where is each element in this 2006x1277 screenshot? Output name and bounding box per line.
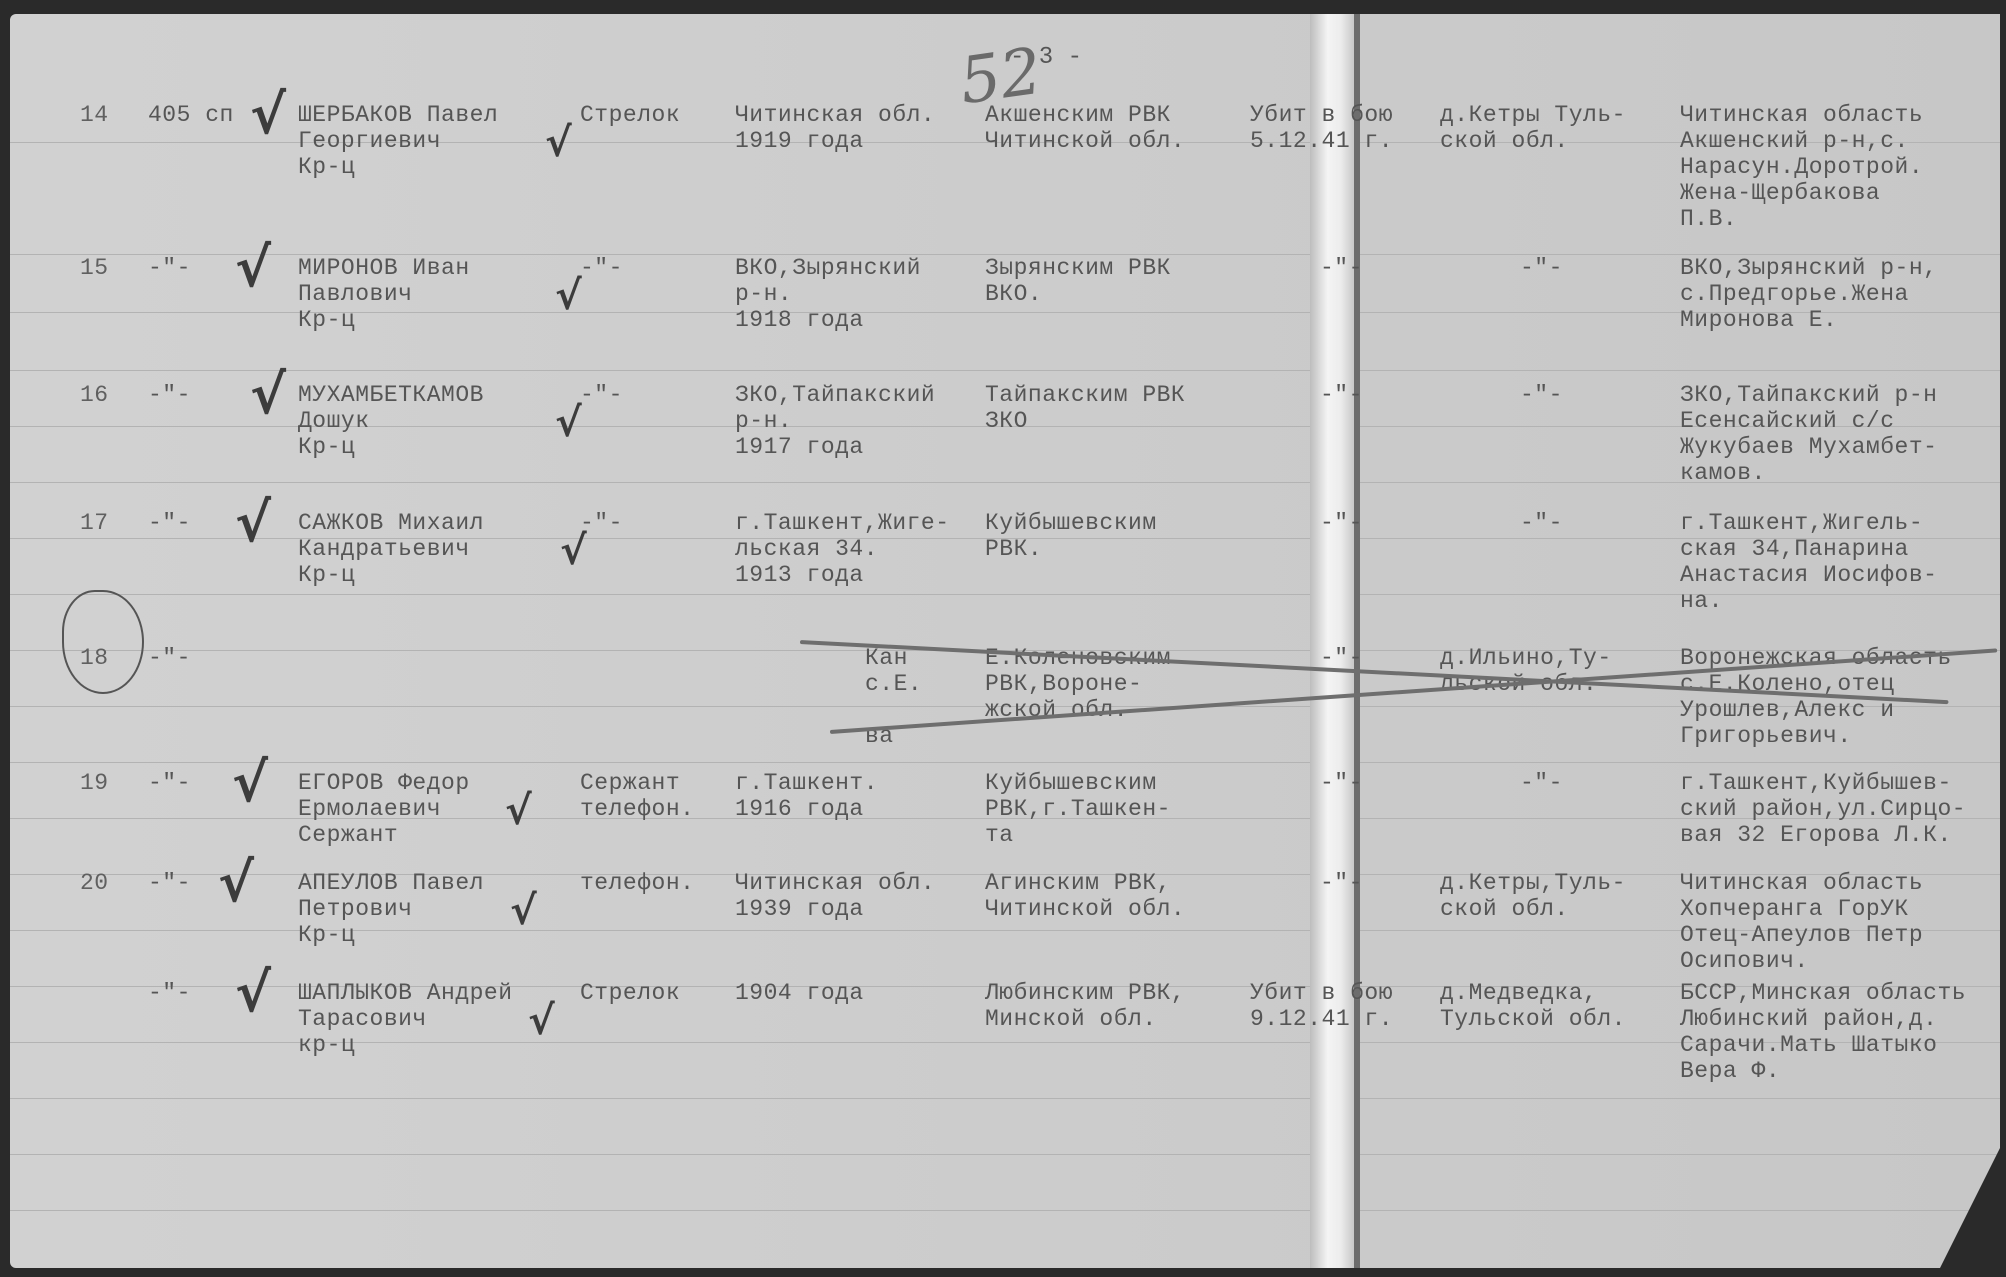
name-cell: МИРОНОВ Иван (298, 255, 470, 281)
birth-cell: ЗКО,Тайпакский (735, 382, 935, 408)
name-cell: Кр-ц (298, 434, 355, 460)
name-cell: ЕГОРОВ Федор (298, 770, 470, 796)
draft-office-cell: РВК. (985, 536, 1042, 562)
family-address-cell: ская 34,Панарина (1680, 536, 1909, 562)
handwritten-circle-mark (62, 590, 144, 694)
family-address-cell: Урошлев,Алекс и (1680, 697, 1895, 723)
unit-cell: -"- (148, 870, 191, 896)
check-mark-icon: √ (235, 241, 271, 295)
check-mark-icon: √ (218, 856, 254, 910)
family-address-cell: Жукубаев Мухамбет- (1680, 434, 1937, 460)
name-cell: кр-ц (298, 1032, 355, 1058)
unit-cell: -"- (148, 980, 191, 1006)
burial-cell: д.Ильино,Ту- (1440, 645, 1612, 671)
unit-cell: -"- (148, 255, 191, 281)
family-address-cell: Осипович. (1680, 948, 1809, 974)
birth-cell: 1916 года (735, 796, 864, 822)
family-address-cell: г.Ташкент,Жигель- (1680, 510, 1923, 536)
unit-cell: -"- (148, 382, 191, 408)
position-cell: Стрелок (580, 980, 680, 1006)
name-cell: Кандратьевич (298, 536, 470, 562)
name-cell: Тарасович (298, 1006, 427, 1032)
ruled-line (10, 370, 2000, 371)
birth-cell: 1939 года (735, 896, 864, 922)
ruled-line (10, 1210, 2000, 1211)
position-cell: Сержант (580, 770, 680, 796)
birth-cell: р-н. (735, 281, 792, 307)
name-cell: ШЕРБАКОВ Павел (298, 102, 498, 128)
check-mark-icon: √ (510, 884, 537, 938)
family-address-cell: на. (1680, 588, 1723, 614)
name-cell: АПЕУЛОВ Павел (298, 870, 484, 896)
ruled-line (10, 1098, 2000, 1099)
unit-cell: 405 сп (148, 102, 234, 128)
name-cell: Георгиевич (298, 128, 441, 154)
draft-office-cell: Куйбышевским (985, 510, 1157, 536)
family-address-cell: Любинский район,д. (1680, 1006, 1937, 1032)
family-address-cell: Хопчеранга ГорУК (1680, 896, 1909, 922)
check-mark-icon: √ (528, 994, 555, 1048)
burial-cell: -"- (1520, 770, 1563, 796)
check-mark-icon: √ (250, 88, 286, 142)
name-cell: Кр-ц (298, 154, 355, 180)
position-cell: -"- (580, 255, 623, 281)
family-address-cell: Сарачи.Мать Шатыко (1680, 1032, 1937, 1058)
draft-office-cell: Зырянским РВК (985, 255, 1171, 281)
draft-office-cell: Читинской обл. (985, 896, 1185, 922)
birth-cell: р-н. (735, 408, 792, 434)
check-mark-icon: √ (505, 784, 532, 838)
family-address-cell: ЗКО,Тайпакский р-н (1680, 382, 1937, 408)
birth-cell: 1904 года (735, 980, 864, 1006)
family-address-cell: ВКО,Зырянский р-н, (1680, 255, 1937, 281)
draft-office-cell: Тайпакским РВК (985, 382, 1185, 408)
burial-cell: ской обл. (1440, 896, 1569, 922)
birth-cell: г.Ташкент,Жиге- (735, 510, 950, 536)
row-number: 18 (80, 645, 109, 671)
page-fold-shadow (1354, 14, 1360, 1268)
check-mark-icon: √ (555, 396, 582, 450)
draft-office-cell: Минской обл. (985, 1006, 1157, 1032)
draft-office-cell: Куйбышевским (985, 770, 1157, 796)
burial-cell: Тульской обл. (1440, 1006, 1626, 1032)
burial-cell: д.Кетры Туль- (1440, 102, 1626, 128)
birth-cell: 1919 года (735, 128, 864, 154)
family-address-cell: Отец-Апеулов Петр (1680, 922, 1923, 948)
name-cell: Кр-ц (298, 562, 355, 588)
fate-cell: Убит в бою (1250, 102, 1393, 128)
birth-cell: г.Ташкент. (735, 770, 878, 796)
fate-cell: 9.12.41 г. (1250, 1006, 1393, 1032)
check-mark-icon: √ (555, 269, 582, 323)
folded-corner (1940, 1148, 2000, 1268)
burial-cell: д.Медведка, (1440, 980, 1597, 1006)
check-mark-icon: √ (545, 116, 572, 170)
fate-cell: -"- (1320, 510, 1363, 536)
name-cell: Кр-ц (298, 922, 355, 948)
check-mark-icon: √ (560, 524, 587, 578)
name-cell: Ермолаевич (298, 796, 441, 822)
fate-cell: 5.12.41 г. (1250, 128, 1393, 154)
draft-office-cell: ВКО. (985, 281, 1042, 307)
row-number: 15 (80, 255, 109, 281)
family-address-cell: Вера Ф. (1680, 1058, 1780, 1084)
birth-cell: Читинская обл. (735, 102, 935, 128)
birth-cell: 1913 года (735, 562, 864, 588)
burial-cell: ской обл. (1440, 128, 1569, 154)
family-address-cell: Есенсайский с/с (1680, 408, 1895, 434)
family-address-cell: г.Ташкент,Куйбышев- (1680, 770, 1952, 796)
name-cell: САЖКОВ Михаил (298, 510, 484, 536)
draft-office-cell: РВК,Вороне- (985, 671, 1142, 697)
row-number: 17 (80, 510, 109, 536)
draft-office-cell: Любинским РВК, (985, 980, 1185, 1006)
fate-cell: -"- (1320, 770, 1363, 796)
family-address-cell: Акшенский р-н,с. (1680, 128, 1909, 154)
check-mark-icon: √ (250, 368, 286, 422)
name-cell: Дошук (298, 408, 370, 434)
family-address-cell: камов. (1680, 460, 1766, 486)
row-number: 20 (80, 870, 109, 896)
draft-office-cell: ЗКО (985, 408, 1028, 434)
family-address-cell: Жена-Щербакова (1680, 180, 1880, 206)
draft-office-cell: та (985, 822, 1014, 848)
position-cell: -"- (580, 382, 623, 408)
birth-cell: с.Е. (865, 671, 922, 697)
family-address-cell: вая 32 Егорова Л.К. (1680, 822, 1952, 848)
birth-cell: льская 34. (735, 536, 878, 562)
fate-cell: Убит в бою (1250, 980, 1393, 1006)
unit-cell: -"- (148, 510, 191, 536)
family-address-cell: БССР,Минская область (1680, 980, 1966, 1006)
family-address-cell: Анастасия Иосифов- (1680, 562, 1937, 588)
family-address-cell: ский район,ул.Сирцо- (1680, 796, 1966, 822)
fate-cell: -"- (1320, 870, 1363, 896)
name-cell: Павлович (298, 281, 412, 307)
burial-cell: -"- (1520, 510, 1563, 536)
draft-office-cell: Акшенским РВК (985, 102, 1171, 128)
check-mark-icon: √ (235, 496, 271, 550)
ruled-line (10, 762, 2000, 763)
name-cell: МУХАМБЕТКАМОВ (298, 382, 484, 408)
family-address-cell: Читинская область (1680, 870, 1923, 896)
birth-cell: 1917 года (735, 434, 864, 460)
family-address-cell: Григорьевич. (1680, 723, 1852, 749)
name-cell: Кр-ц (298, 307, 355, 333)
row-number: 16 (80, 382, 109, 408)
unit-cell: -"- (148, 645, 191, 671)
birth-cell: Читинская обл. (735, 870, 935, 896)
position-cell: телефон. (580, 796, 694, 822)
family-address-cell: П.В. (1680, 206, 1737, 232)
draft-office-cell: РВК,г.Ташкен- (985, 796, 1171, 822)
fate-cell: -"- (1320, 382, 1363, 408)
burial-cell: -"- (1520, 255, 1563, 281)
name-cell: Петрович (298, 896, 412, 922)
family-address-cell: с.Предгорье.Жена (1680, 281, 1909, 307)
birth-cell: ВКО,Зырянский (735, 255, 921, 281)
check-mark-icon: √ (235, 966, 271, 1020)
name-cell: ШАПЛЫКОВ Андрей (298, 980, 513, 1006)
burial-cell: д.Кетры,Туль- (1440, 870, 1626, 896)
row-number: 19 (80, 770, 109, 796)
fate-cell: -"- (1320, 255, 1363, 281)
page-fold (1310, 14, 1354, 1268)
unit-cell: -"- (148, 770, 191, 796)
draft-office-cell: Читинской обл. (985, 128, 1185, 154)
family-address-cell: Миронова Е. (1680, 307, 1837, 333)
name-cell: Сержант (298, 822, 398, 848)
family-address-cell: Нарасун.Доротрой. (1680, 154, 1923, 180)
birth-cell: 1918 года (735, 307, 864, 333)
burial-cell: -"- (1520, 382, 1563, 408)
position-cell: Стрелок (580, 102, 680, 128)
family-address-cell: Читинская область (1680, 102, 1923, 128)
check-mark-icon: √ (232, 756, 268, 810)
ruled-line (10, 1154, 2000, 1155)
draft-office-cell: Агинским РВК, (985, 870, 1171, 896)
row-number: 14 (80, 102, 109, 128)
position-cell: телефон. (580, 870, 694, 896)
